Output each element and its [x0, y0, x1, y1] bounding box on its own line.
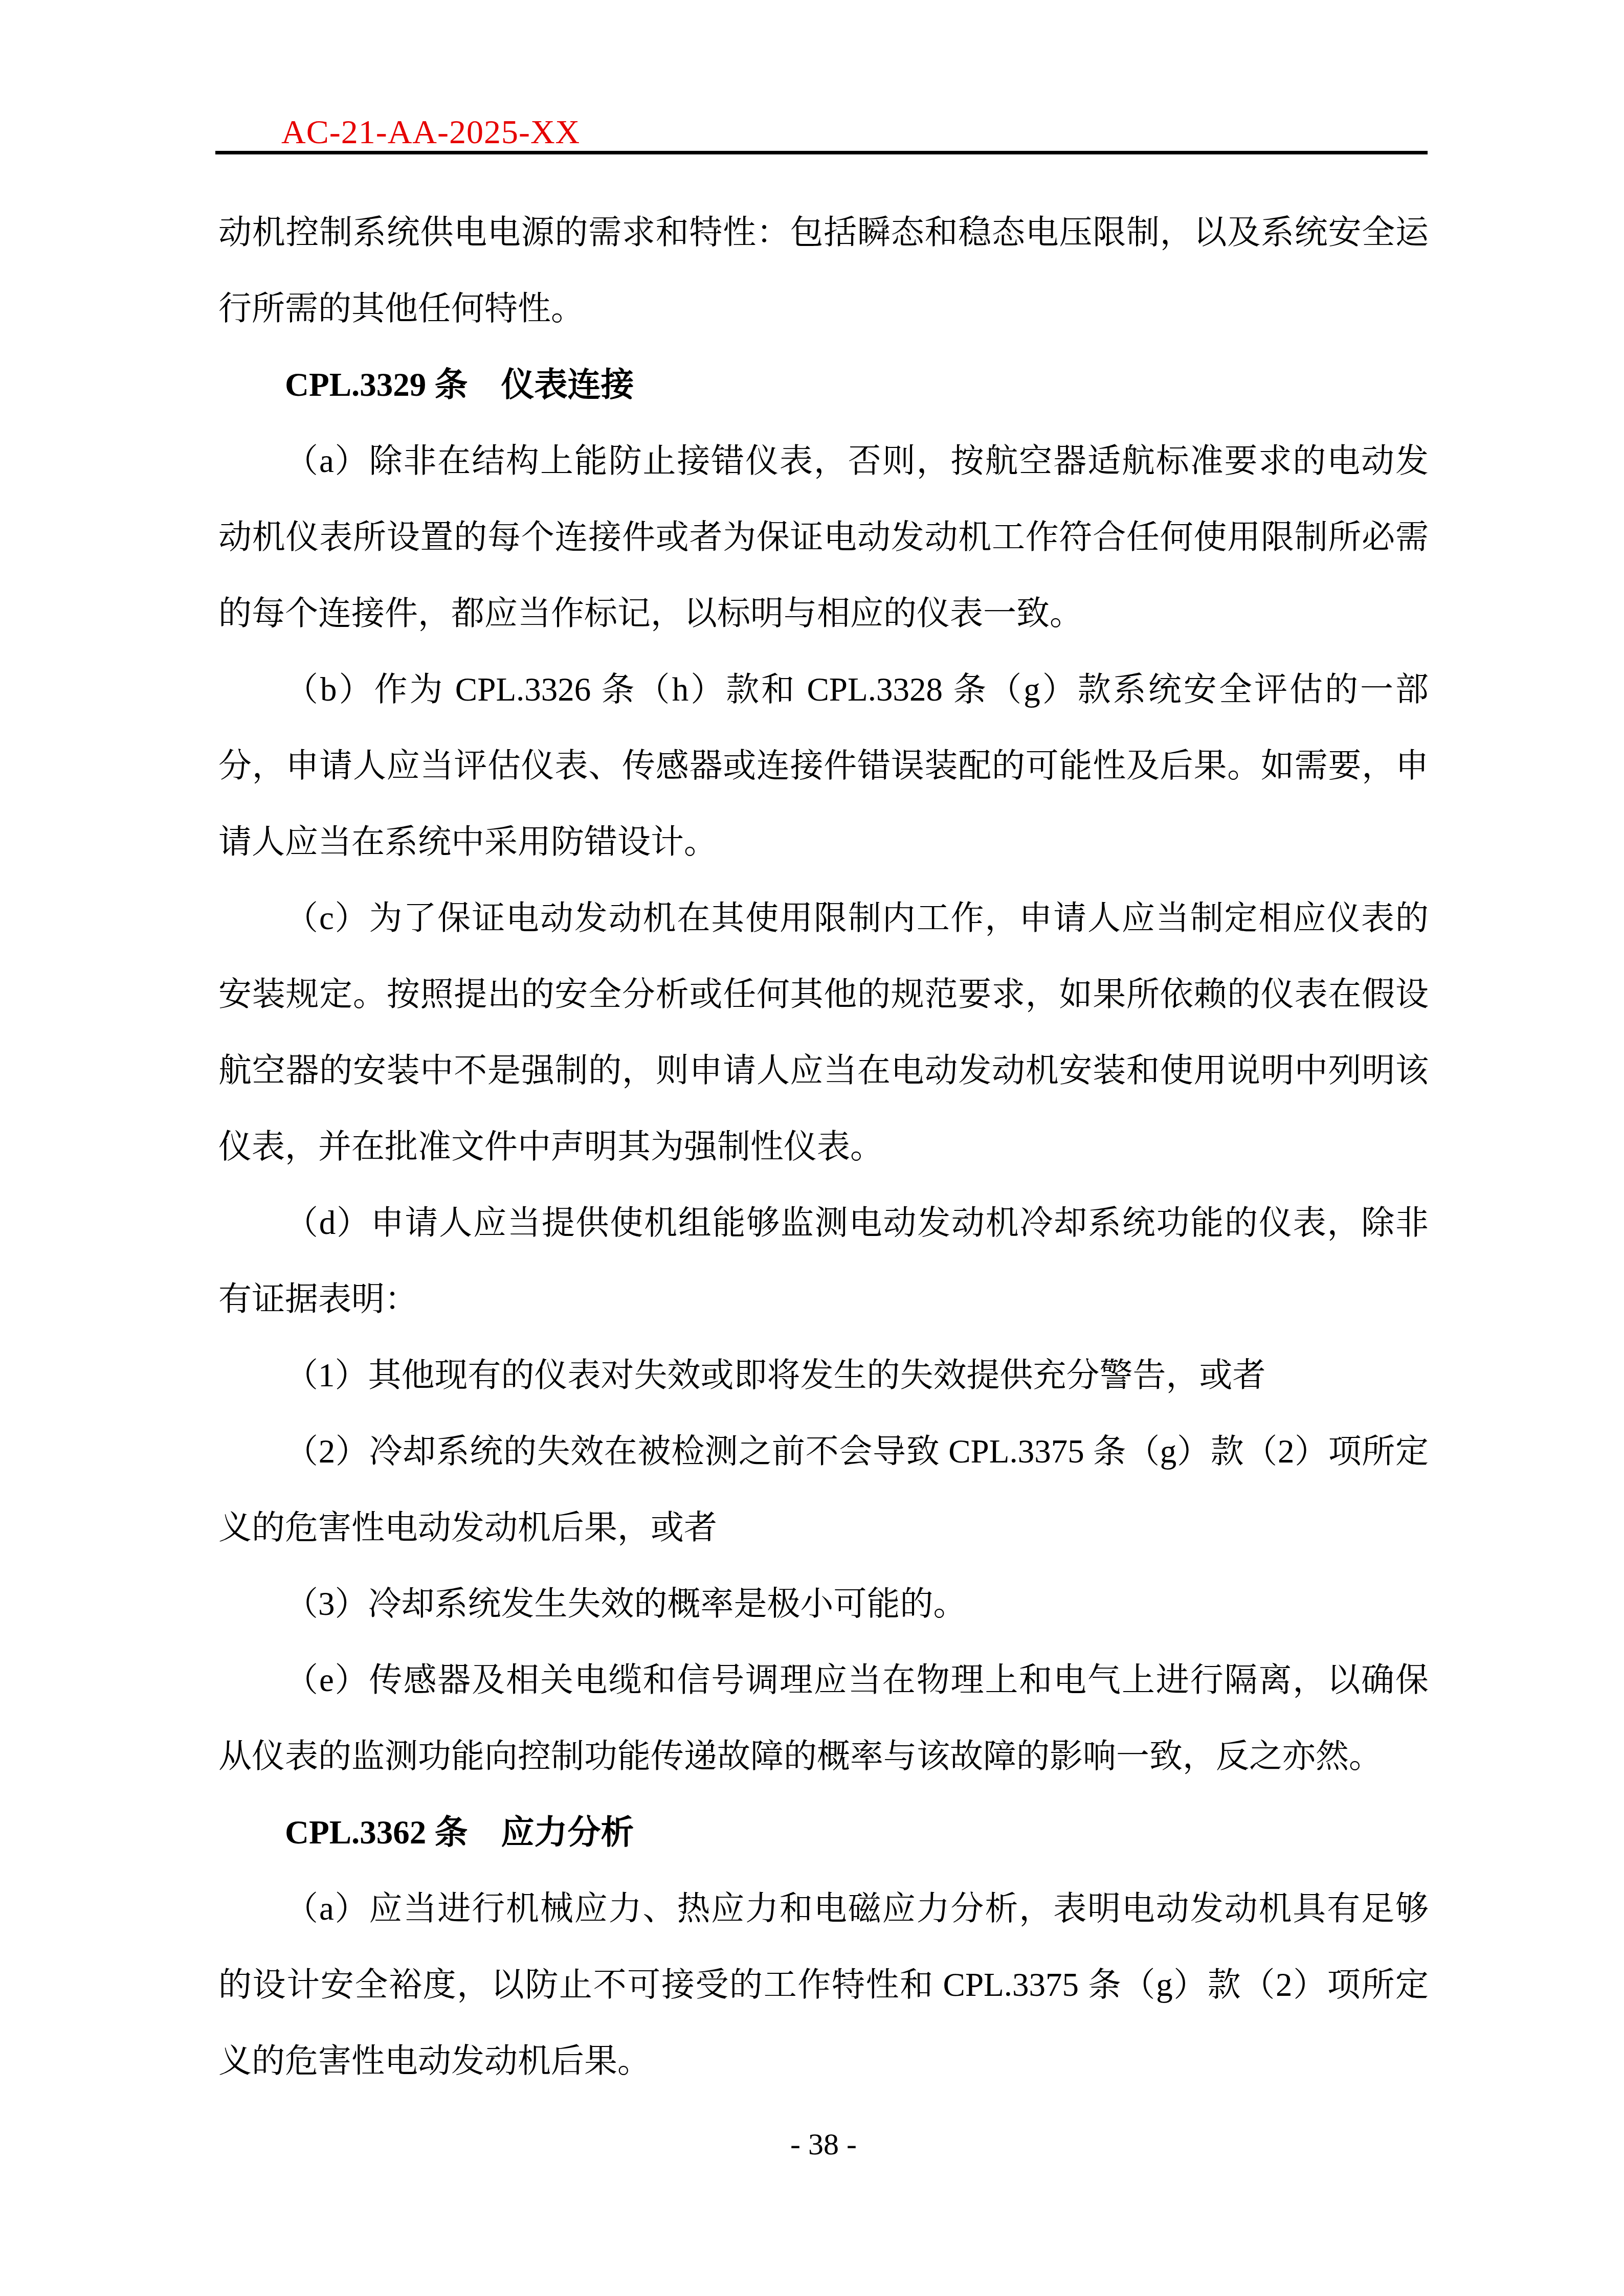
paragraph-continuation: 动机控制系统供电电源的需求和特性：包括瞬态和稳态电压限制，以及系统安全运行所需的…	[218, 195, 1429, 347]
paragraph-b-safety-assessment: （b）作为 CPL.3326 条（h）款和 CPL.3328 条（g）款系统安全…	[218, 652, 1429, 881]
paragraph-d2-hazardous-consequence: （2）冷却系统的失效在被检测之前不会导致 CPL.3375 条（g）款（2）项所…	[218, 1414, 1429, 1566]
page-number: - 38 -	[218, 2127, 1429, 2161]
section-heading-cpl3362: CPL.3362 条 应力分析	[218, 1795, 1429, 1871]
doc-number: AC-21-AA-2025-XX	[281, 116, 580, 149]
paragraph-c-instrument-provisions: （c）为了保证电动发动机在其使用限制内工作，申请人应当制定相应仪表的安装规定。按…	[218, 881, 1429, 1185]
paragraph-d1-warning: （1）其他现有的仪表对失效或即将发生的失效提供充分警告，或者	[218, 1338, 1429, 1414]
paragraph-e-sensor-isolation: （e）传感器及相关电缆和信号调理应当在物理上和电气上进行隔离，以确保从仪表的监测…	[218, 1642, 1429, 1795]
document-page: { "header": { "doc_number": "AC-21-AA-20…	[0, 0, 1624, 2296]
paragraph-d3-failure-probability: （3）冷却系统发生失效的概率是极小可能的。	[218, 1566, 1429, 1642]
paragraph-a-instrument-connection: （a）除非在结构上能防止接错仪表，否则，按航空器适航标准要求的电动发动机仪表所设…	[218, 423, 1429, 652]
document-body: 动机控制系统供电电源的需求和特性：包括瞬态和稳态电压限制，以及系统安全运行所需的…	[218, 195, 1429, 2100]
paragraph-a-stress-analysis: （a）应当进行机械应力、热应力和电磁应力分析，表明电动发动机具有足够的设计安全裕…	[218, 1871, 1429, 2100]
header-rule-divider	[215, 151, 1428, 154]
paragraph-d-cooling-monitoring: （d）申请人应当提供使机组能够监测电动发动机冷却系统功能的仪表，除非有证据表明：	[218, 1185, 1429, 1338]
section-heading-cpl3329: CPL.3329 条 仪表连接	[218, 347, 1429, 423]
